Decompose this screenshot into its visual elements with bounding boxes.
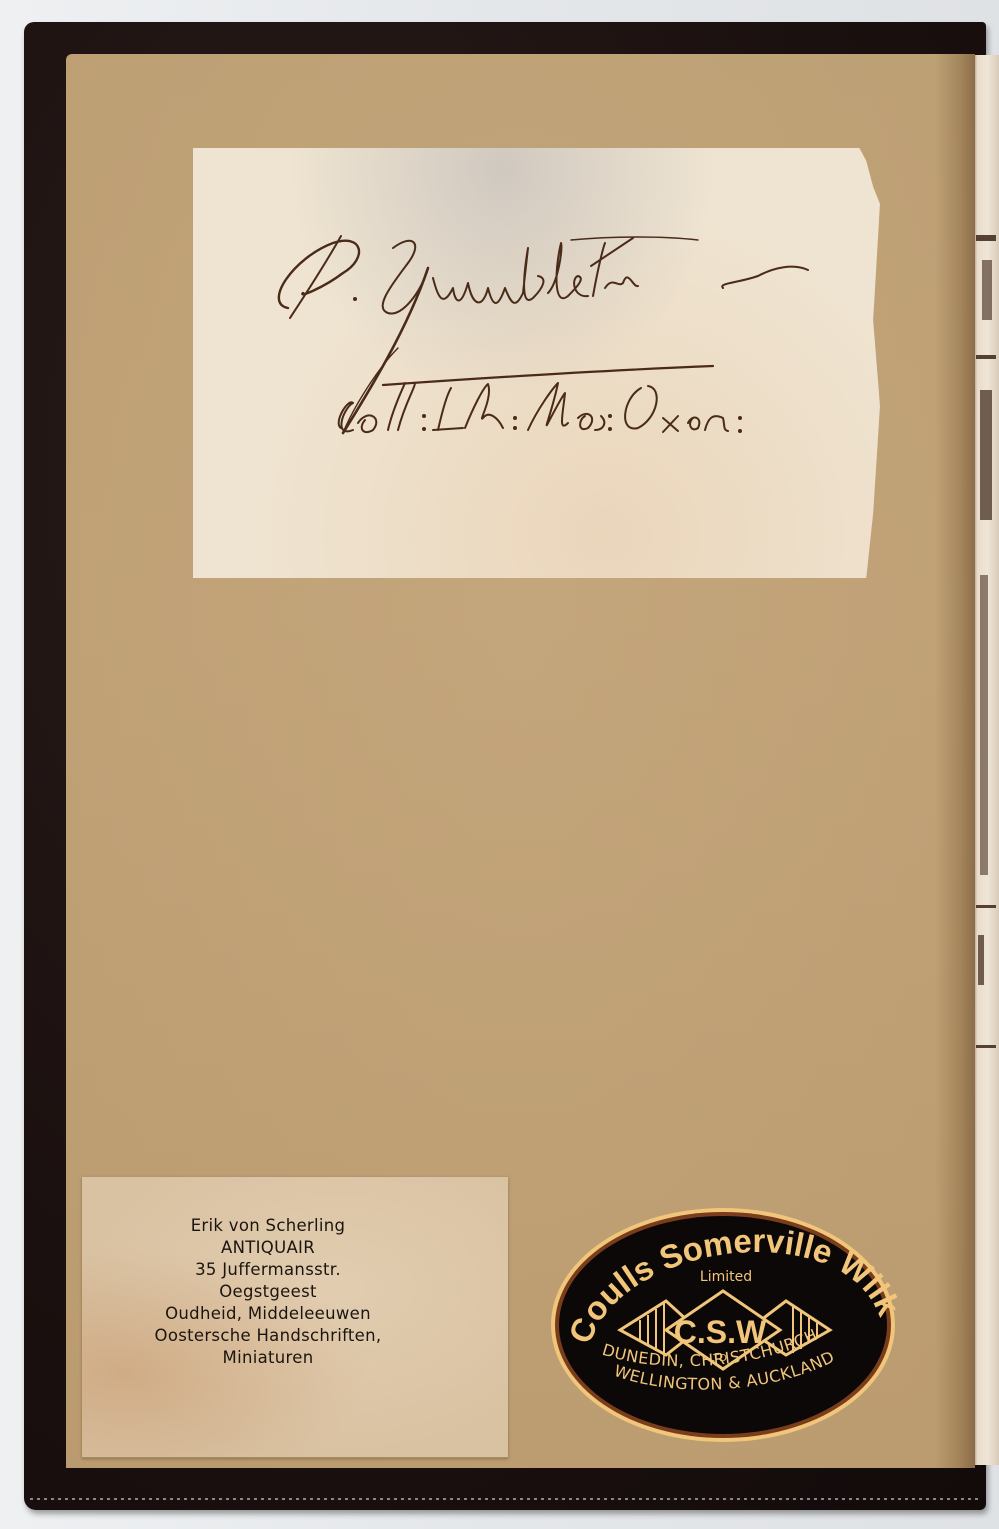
dealer-name: Erik von Scherling bbox=[82, 1215, 454, 1237]
dealer-label-text: Erik von Scherling ANTIQUAIR 35 Jufferma… bbox=[82, 1215, 454, 1369]
dealer-specialty-3: Miniaturen bbox=[82, 1347, 454, 1369]
signature-slip: R. Gumbleton Coll: Ch: Mas: Oxon: bbox=[193, 148, 880, 578]
pastedown-edge-shadow bbox=[935, 54, 975, 1468]
dealer-specialty-2: Oostersche Handschriften, bbox=[82, 1325, 454, 1347]
stationer-label: Coulls Somerville Wilkie Limited C.S.W L… bbox=[548, 1203, 898, 1446]
dealer-town: Oegstgeest bbox=[82, 1281, 454, 1303]
dealer-label: Erik von Scherling ANTIQUAIR 35 Jufferma… bbox=[82, 1177, 508, 1458]
stationer-subtitle: Limited bbox=[700, 1269, 752, 1285]
dealer-specialty-1: Oudheid, Middeleeuwen bbox=[82, 1303, 454, 1325]
dealer-street: 35 Juffermansstr. bbox=[82, 1259, 454, 1281]
dealer-title: ANTIQUAIR bbox=[82, 1237, 454, 1259]
handwriting-signature bbox=[193, 148, 880, 578]
